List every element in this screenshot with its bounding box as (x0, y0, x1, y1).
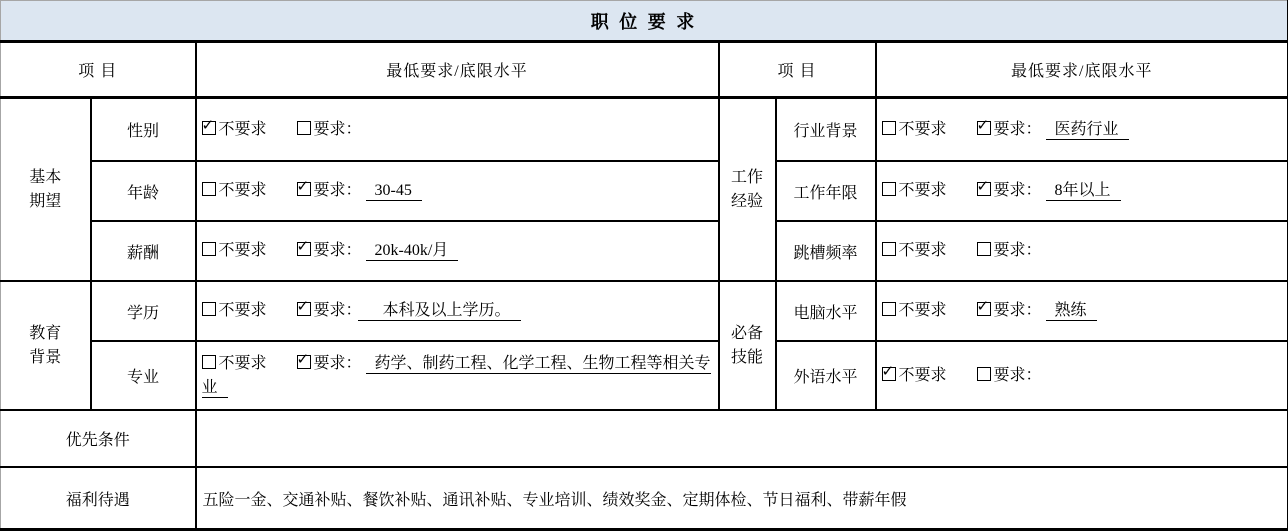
group-label: 工作经验 (730, 166, 764, 212)
requirement-value: 8年以上 (1046, 182, 1121, 201)
no-requirement-option: 不要求 (882, 121, 947, 138)
option-label: 不要求 (219, 121, 267, 138)
header-item-right: 项 目 (719, 42, 876, 98)
group-label: 必备技能 (730, 322, 764, 368)
header-requirement-left: 最低要求/底限水平 (196, 42, 719, 98)
checkbox-icon[interactable] (882, 302, 896, 316)
row-label-degree: 学历 (91, 281, 196, 341)
requirement-option: 要求：20k-40k/月 (297, 242, 459, 259)
option-label: 不要求 (219, 182, 267, 199)
group-label: 教育背景 (28, 322, 62, 368)
checkbox-icon[interactable] (882, 367, 896, 381)
priority-conditions-label: 优先条件 (1, 410, 196, 467)
group-label: 基本期望 (28, 166, 62, 212)
option-label: 不要求 (219, 302, 267, 319)
option-label: 要求： (994, 367, 1042, 384)
benefits-label: 福利待遇 (1, 467, 196, 530)
requirement-option: 要求：8年以上 (977, 182, 1121, 199)
priority-conditions-value (196, 410, 1288, 467)
option-label: 不要求 (219, 355, 267, 372)
checkbox-icon[interactable] (297, 302, 311, 316)
no-requirement-option: 不要求 (882, 182, 947, 199)
requirement-value: 30-45 (366, 182, 422, 201)
no-requirement-option: 不要求 (882, 302, 947, 319)
requirement-option: 要求：熟练 (977, 302, 1097, 319)
option-label: 要求： (314, 302, 354, 319)
no-requirement-option: 不要求 (202, 182, 267, 199)
checkbox-icon[interactable] (297, 242, 311, 256)
row-label-industry: 行业背景 (776, 98, 876, 162)
language-requirement-cell: 不要求要求： (876, 341, 1288, 410)
page-title: 职 位 要 求 (1, 1, 1288, 42)
option-label: 不要求 (219, 242, 267, 259)
checkbox-icon[interactable] (977, 121, 991, 135)
benefits-value: 五险一金、交通补贴、餐饮补贴、通讯补贴、专业培训、绩效奖金、定期体检、节日福利、… (196, 467, 1288, 530)
row-label-major: 专业 (91, 341, 196, 410)
checkbox-icon[interactable] (882, 182, 896, 196)
requirement-option: 要求：医药行业 (977, 121, 1129, 138)
checkbox-icon[interactable] (977, 302, 991, 316)
row-label-hopping: 跳槽频率 (776, 221, 876, 281)
no-requirement-option: 不要求 (882, 242, 947, 259)
requirement-value: 熟练 (1046, 302, 1097, 321)
row-label-years: 工作年限 (776, 161, 876, 221)
option-label: 要求： (994, 302, 1042, 319)
no-requirement-option: 不要求 (202, 302, 267, 319)
option-label: 不要求 (899, 242, 947, 259)
checkbox-icon[interactable] (297, 121, 311, 135)
checkbox-icon[interactable] (202, 242, 216, 256)
checkbox-icon[interactable] (977, 182, 991, 196)
group-education-background: 教育背景 (1, 281, 91, 410)
gender-requirement-cell: 不要求要求： (196, 98, 719, 162)
requirement-option: 要求： 本科及以上学历。 (297, 302, 521, 319)
option-label: 不要求 (899, 121, 947, 138)
no-requirement-option: 不要求 (882, 367, 947, 384)
option-label: 要求： (314, 355, 362, 372)
checkbox-icon[interactable] (202, 355, 216, 369)
job-requirements-table: 职 位 要 求 项 目 最低要求/底限水平 项 目 最低要求/底限水平 基本期望… (0, 0, 1288, 531)
requirement-value: 医药行业 (1046, 121, 1129, 140)
option-label: 要求： (314, 182, 362, 199)
requirement-value: 药学、制药工程、化学工程、生物工程等相关专业 (202, 355, 711, 397)
requirement-option: 要求： (297, 121, 362, 138)
checkbox-icon[interactable] (977, 367, 991, 381)
row-label-language: 外语水平 (776, 341, 876, 410)
option-label: 要求： (314, 121, 362, 138)
checkbox-icon[interactable] (297, 182, 311, 196)
checkbox-icon[interactable] (977, 242, 991, 256)
header-item-left: 项 目 (1, 42, 196, 98)
checkbox-icon[interactable] (882, 121, 896, 135)
option-label: 不要求 (899, 302, 947, 319)
degree-requirement-cell: 不要求要求： 本科及以上学历。 (196, 281, 719, 341)
header-requirement-right: 最低要求/底限水平 (876, 42, 1288, 98)
checkbox-icon[interactable] (882, 242, 896, 256)
no-requirement-option: 不要求 (202, 121, 267, 138)
option-label: 要求： (314, 242, 362, 259)
checkbox-icon[interactable] (202, 302, 216, 316)
no-requirement-option: 不要求 (202, 242, 267, 259)
requirement-value: 20k-40k/月 (366, 242, 459, 261)
industry-requirement-cell: 不要求要求：医药行业 (876, 98, 1288, 162)
major-requirement-cell: 不要求要求：药学、制药工程、化学工程、生物工程等相关专业 (196, 341, 719, 410)
requirement-option: 要求： (977, 367, 1042, 384)
group-basic-expectations: 基本期望 (1, 98, 91, 282)
group-work-experience: 工作经验 (719, 98, 776, 282)
row-label-computer: 电脑水平 (776, 281, 876, 341)
row-label-age: 年龄 (91, 161, 196, 221)
age-requirement-cell: 不要求要求：30-45 (196, 161, 719, 221)
group-required-skills: 必备技能 (719, 281, 776, 410)
requirement-option: 要求：药学、制药工程、化学工程、生物工程等相关专业 (202, 355, 711, 395)
requirement-option: 要求： (977, 242, 1042, 259)
requirement-option: 要求：30-45 (297, 182, 422, 199)
hopping-requirement-cell: 不要求要求： (876, 221, 1288, 281)
years-requirement-cell: 不要求要求：8年以上 (876, 161, 1288, 221)
checkbox-icon[interactable] (202, 121, 216, 135)
option-label: 要求： (994, 182, 1042, 199)
option-label: 不要求 (899, 367, 947, 384)
computer-requirement-cell: 不要求要求：熟练 (876, 281, 1288, 341)
checkbox-icon[interactable] (297, 355, 311, 369)
row-label-gender: 性别 (91, 98, 196, 162)
checkbox-icon[interactable] (202, 182, 216, 196)
option-label: 要求： (994, 121, 1042, 138)
no-requirement-option: 不要求 (202, 355, 267, 372)
row-label-salary: 薪酬 (91, 221, 196, 281)
option-label: 不要求 (899, 182, 947, 199)
requirement-value: 本科及以上学历。 (358, 302, 521, 321)
salary-requirement-cell: 不要求要求：20k-40k/月 (196, 221, 719, 281)
option-label: 要求： (994, 242, 1042, 259)
